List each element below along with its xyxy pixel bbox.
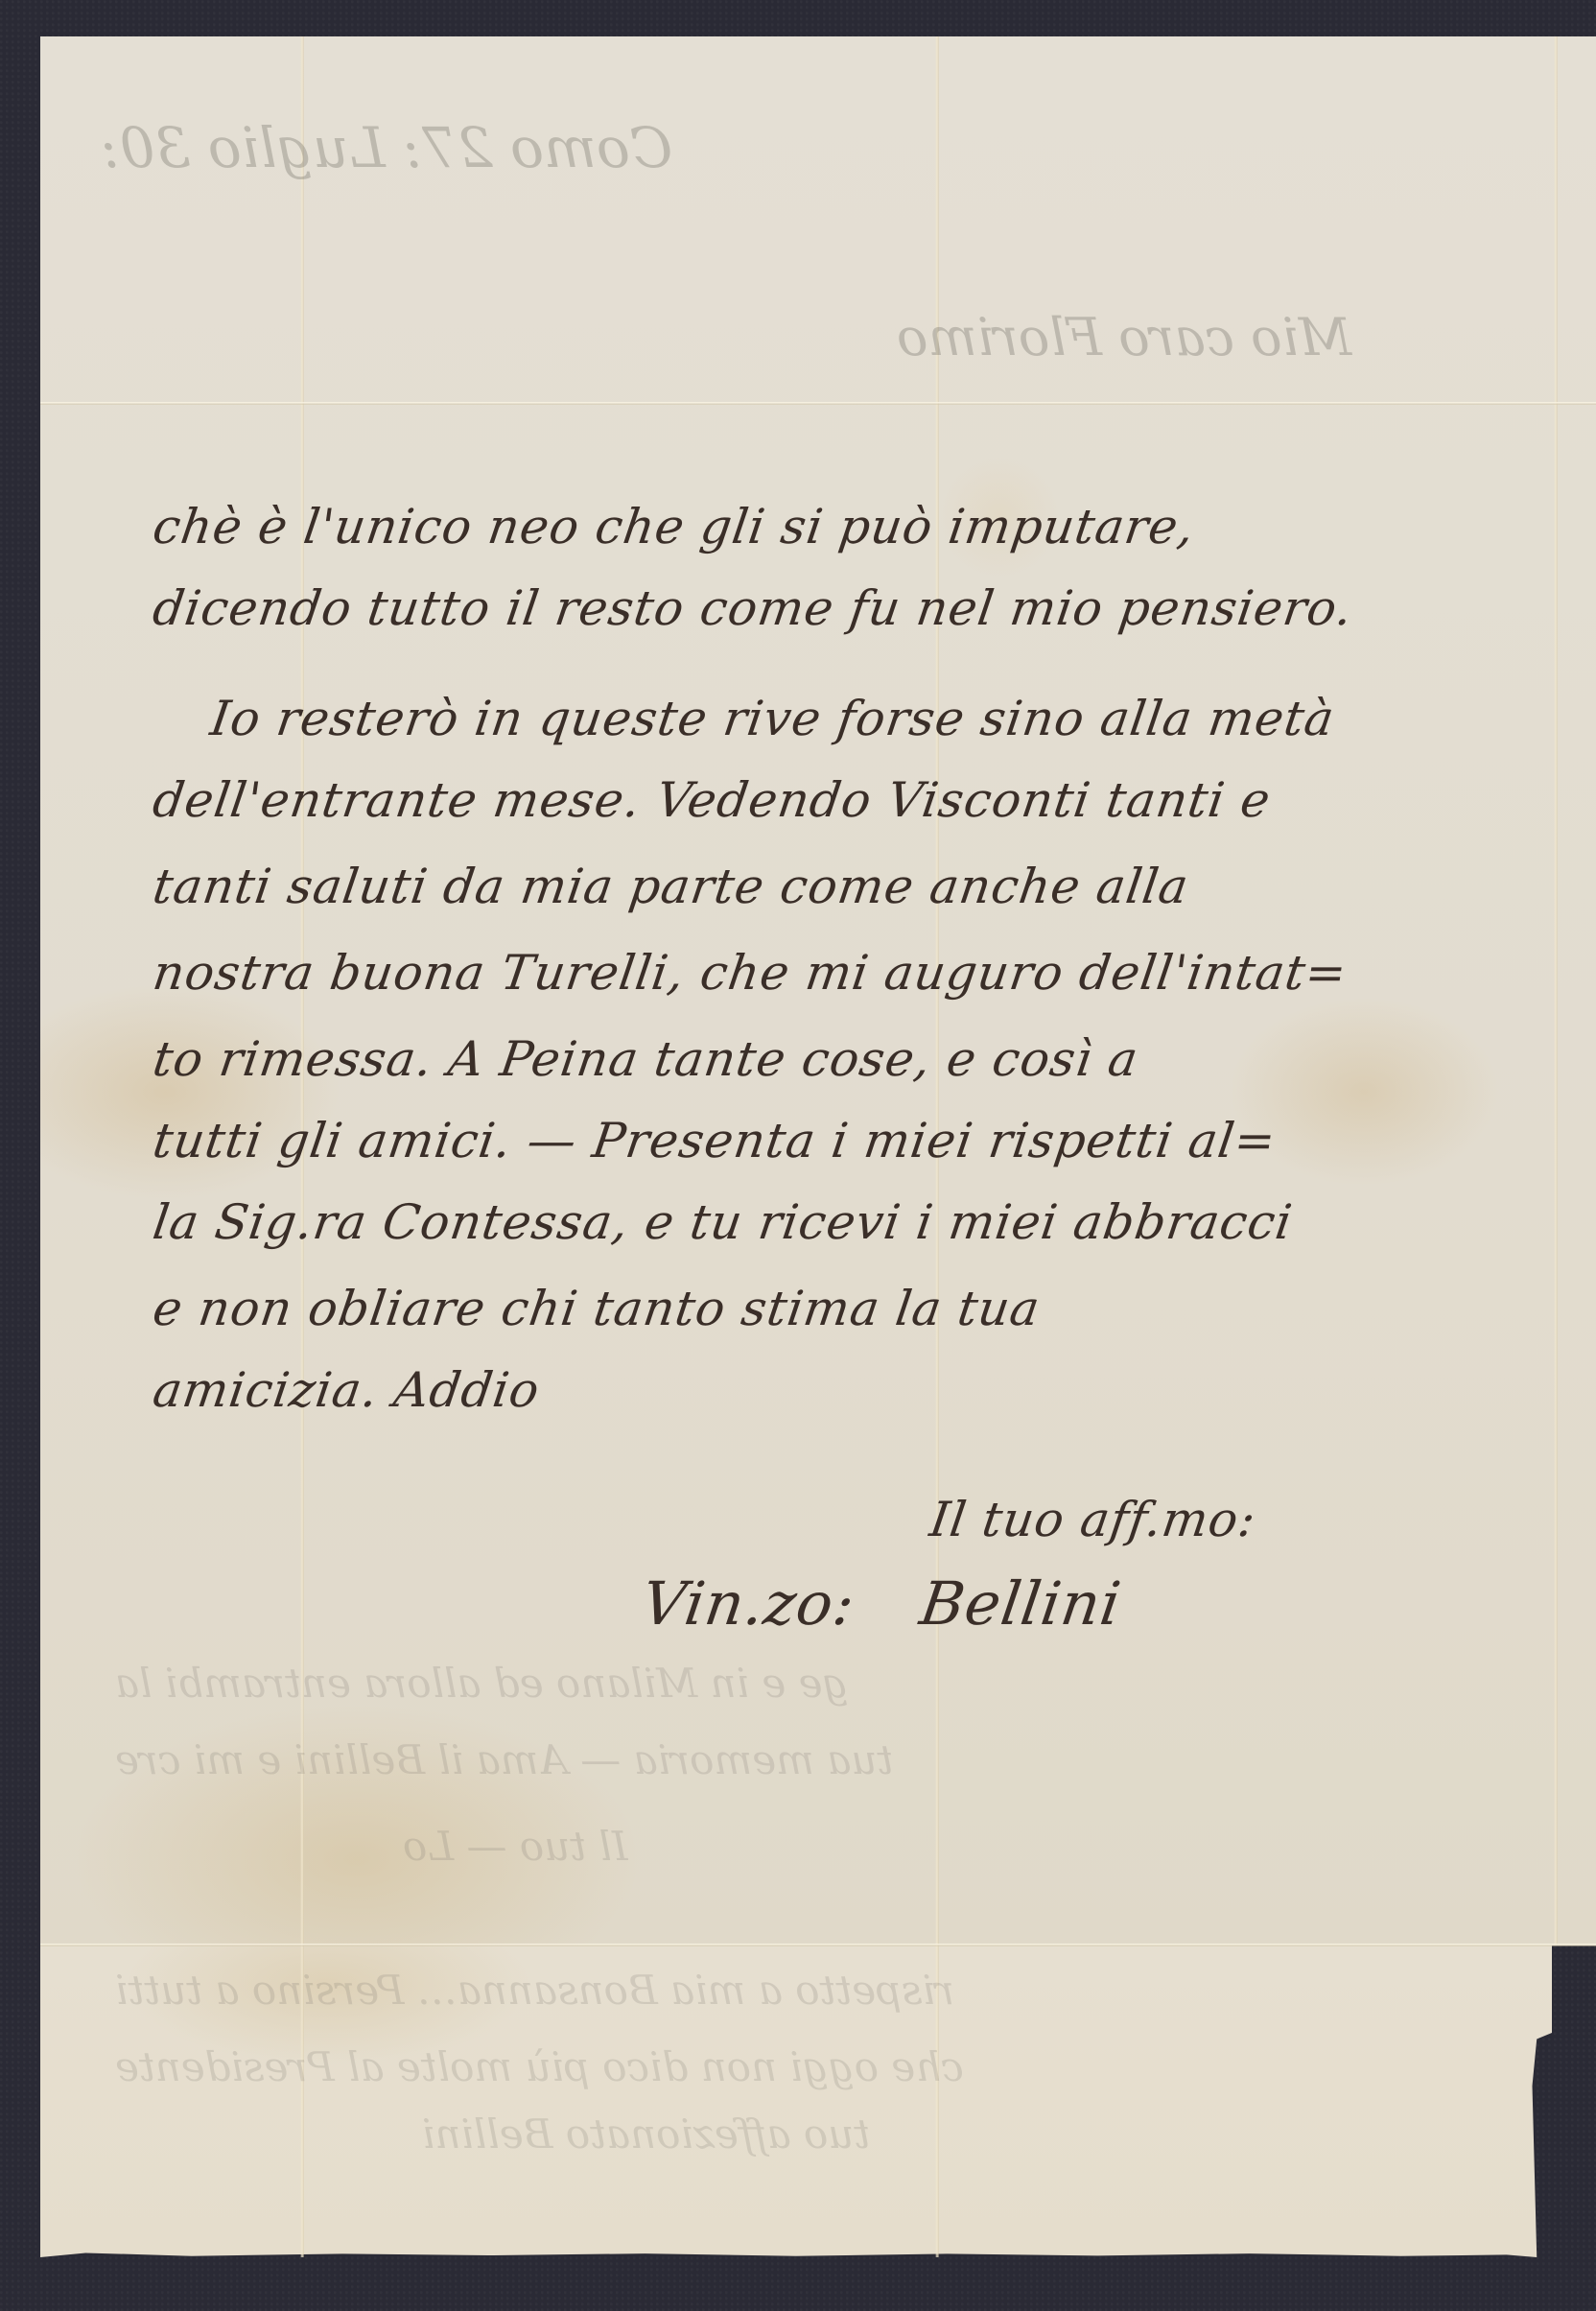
showthrough-dateline: Como 27: Luglio 30: — [101, 115, 672, 180]
letter-line: chè è l'unico neo che gli si può imputar… — [150, 499, 1198, 554]
letter-line: e non obliare chi tanto stima la tua — [150, 1281, 1044, 1336]
letter-line: la Sig.ra Contessa, e tu ricevi i miei a… — [150, 1194, 1296, 1250]
showthrough-line: Il tuo — Lo — [403, 1823, 627, 1870]
signature-surname: Bellini — [916, 1568, 1126, 1639]
showthrough-line: tua memoria — Ama il Bellini e mi cre — [115, 1736, 893, 1783]
letter-line: to rimessa. A Peina tante cose, e così a — [150, 1031, 1142, 1087]
fold-line-vertical-right — [1554, 36, 1558, 1945]
letter-line: Io resterò in queste rive forse sino all… — [207, 691, 1338, 746]
fold-line-horizontal-top — [40, 402, 1596, 405]
showthrough-line: ge e in Milano ed allora entrambi la — [115, 1660, 848, 1707]
fold-line-horizontal-bottom — [40, 1944, 1596, 1946]
letter-closing: Il tuo aff.mo: — [927, 1492, 1259, 1547]
letter-line: nostra buona Turelli, che mi auguro dell… — [150, 945, 1350, 1001]
letter-line: dicendo tutto il resto come fu nel mio p… — [150, 580, 1356, 636]
signature-first-name: Vin.zo: — [638, 1568, 859, 1639]
showthrough-line: che oggi non dico più molte al President… — [115, 2043, 964, 2090]
showthrough-salutation: Mio caro Florimo — [897, 307, 1351, 367]
showthrough-line: tuo affezionato Bellini — [422, 2111, 870, 2158]
letter-line: tutti gli amici. — Presenta i miei rispe… — [150, 1113, 1279, 1168]
letter-line: tanti saluti da mia parte come anche all… — [150, 859, 1192, 914]
letter-line: amicizia. Addio — [150, 1362, 544, 1418]
showthrough-line: rispetto a mia Bonsanna… Persino a tutti — [115, 1967, 954, 2014]
letter-line: dell'entrante mese. Vedendo Visconti tan… — [150, 772, 1275, 828]
